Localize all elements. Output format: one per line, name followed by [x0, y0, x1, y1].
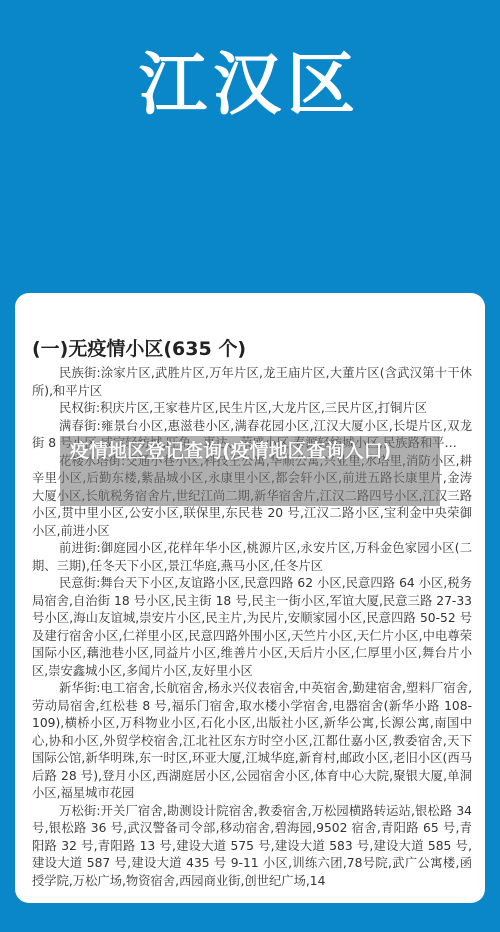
street-paragraph-wansong: 万松街:开关厂宿舍,勘测设计院宿舍,教委宿舍,万松园横路转运站,银松路 34 号…: [32, 803, 472, 891]
street-paragraph-minyi: 民意街:舞台天下小区,友谊路小区,民意四路 62 小区,民意四路 64 小区,税…: [32, 575, 472, 680]
street-paragraph-xinhua: 新华街:电工宿舍,长航宿舍,杨永兴仪表宿舍,中英宿舍,勤建宿舍,塑料厂宿舍,劳动…: [32, 680, 472, 803]
card-content: (一)无疫情小区(635 个) 民族街:涂家片区,武胜片区,万年片区,龙王庙片区…: [32, 337, 472, 890]
street-paragraph-minzu: 民族街:涂家片区,武胜片区,万年片区,龙王庙片区,大董片区(含武汉第十干休所),…: [32, 365, 472, 400]
district-title: 江汉区: [0, 52, 500, 120]
content-card: (一)无疫情小区(635 个) 民族街:涂家片区,武胜片区,万年片区,龙王庙片区…: [15, 293, 485, 903]
street-paragraph-minquan: 民权街:积庆片区,王家巷片区,民生片区,大龙片区,三民片区,打铜片区: [32, 400, 472, 418]
section-title: (一)无疫情小区(635 个): [32, 337, 472, 361]
street-paragraph-qianjin: 前进街:御庭园小区,花样年华小区,桃源片区,永安片区,万科金色家园小区(二期、三…: [32, 540, 472, 575]
caption-overlay-text: 疫情地区登记查询(疫情地区查询入口): [70, 438, 430, 464]
